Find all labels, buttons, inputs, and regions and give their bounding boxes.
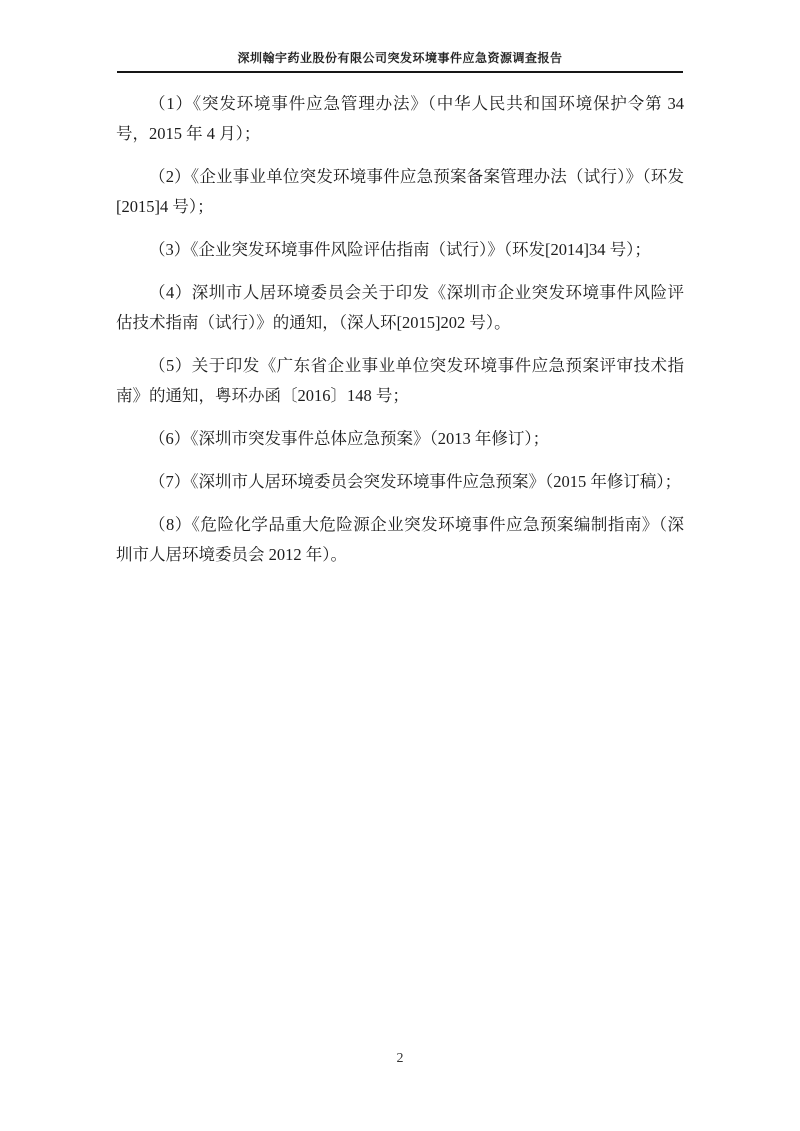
reference-item-1: （1）《突发环境事件应急管理办法》（中华人民共和国环境保护令第 34 号，201…	[116, 89, 684, 149]
page-header: 深圳翰宇药业股份有限公司突发环境事件应急资源调查报告	[117, 0, 683, 73]
reference-item-8: （8）《危险化学品重大危险源企业突发环境事件应急预案编制指南》（深圳市人居环境委…	[116, 510, 684, 570]
reference-item-5: （5）关于印发《广东省企业事业单位突发环境事件应急预案评审技术指南》的通知，粤环…	[116, 351, 684, 411]
reference-item-7: （7）《深圳市人居环境委员会突发环境事件应急预案》（2015 年修订稿）；	[116, 467, 684, 497]
reference-item-6: （6）《深圳市突发事件总体应急预案》（2013 年修订）；	[116, 424, 684, 454]
reference-item-4: （4）深圳市人居环境委员会关于印发《深圳市企业突发环境事件风险评估技术指南（试行…	[116, 278, 684, 338]
page-number: 2	[397, 1051, 404, 1066]
document-body: （1）《突发环境事件应急管理办法》（中华人民共和国环境保护令第 34 号，201…	[116, 89, 684, 570]
header-title: 深圳翰宇药业股份有限公司突发环境事件应急资源调查报告	[117, 50, 683, 73]
document-page: 深圳翰宇药业股份有限公司突发环境事件应急资源调查报告 （1）《突发环境事件应急管…	[0, 0, 800, 1131]
page-footer: 2	[0, 1049, 800, 1067]
reference-item-2: （2）《企业事业单位突发环境事件应急预案备案管理办法（试行）》（环发[2015]…	[116, 162, 684, 222]
reference-item-3: （3）《企业突发环境事件风险评估指南（试行）》（环发[2014]34 号）；	[116, 235, 684, 265]
